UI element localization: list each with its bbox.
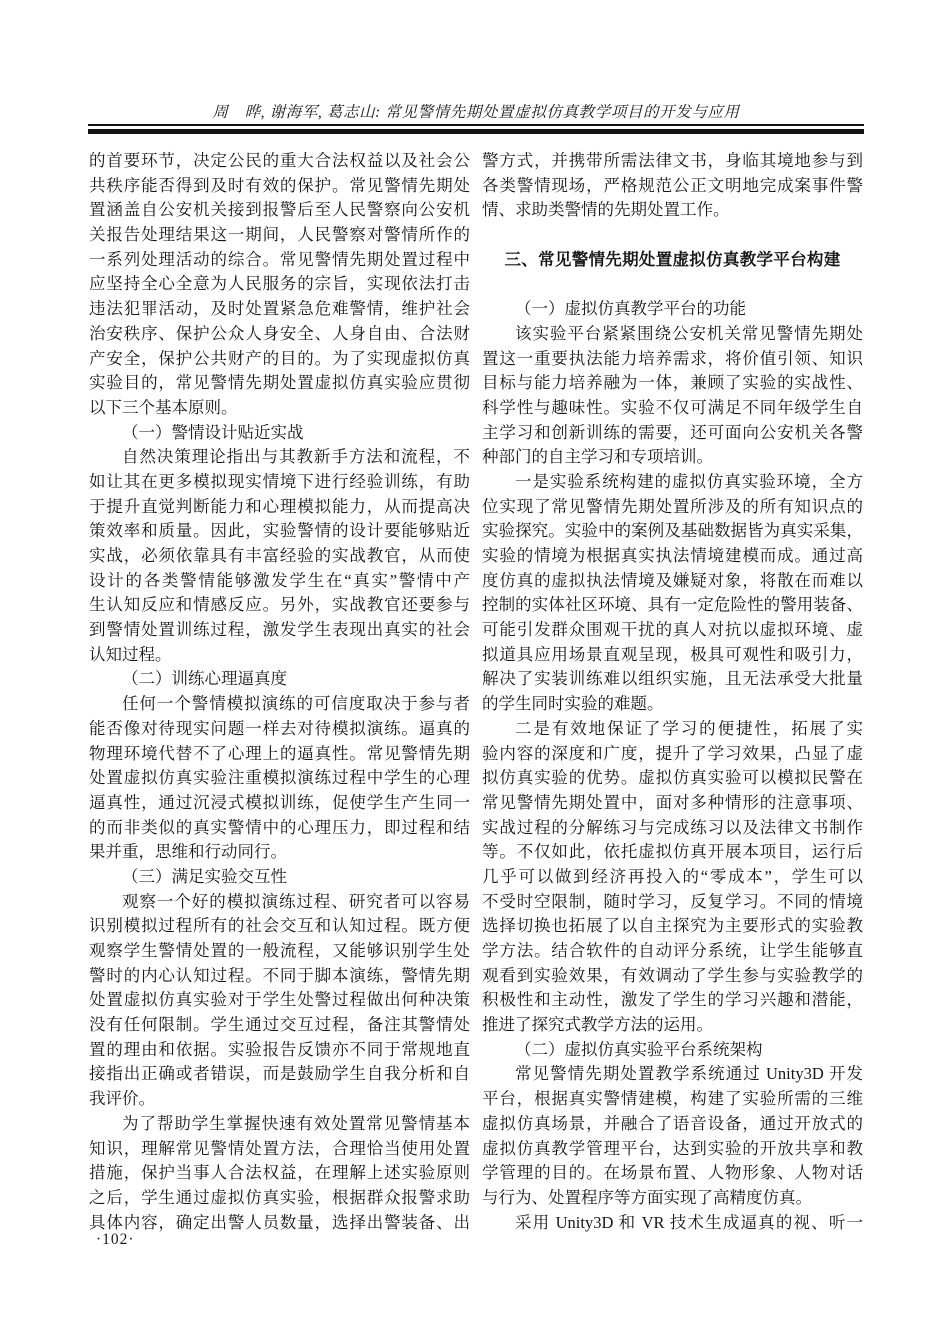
text-line: 为了帮助学生掌握快速有效处置常见警情基本: [89, 1112, 470, 1137]
text-line: 学方法。结合软件的自动评分系统，让学生能够直: [482, 939, 863, 964]
text-line: 推进了探究式教学方法的运用。: [482, 1013, 863, 1038]
text-line: 度仿真的虚拟执法情境及嫌疑对象，将散在而难以: [482, 569, 863, 594]
text-line: 共秩序能否得到及时有效的保护。常见警情先期处: [89, 174, 470, 199]
text-line: 产安全，保护公共财产的目的。为了实现虚拟仿真: [89, 347, 470, 372]
text-line: 情、求助类警情的先期处置工作。: [482, 198, 863, 223]
text-line: 二是有效地保证了学习的便捷性，拓展了实: [482, 717, 863, 742]
text-line: 实战过程的分解练习与完成练习以及法律文书制作: [482, 816, 863, 841]
text-line: 策效率和质量。因此，实验警情的设计要能够贴近: [89, 519, 470, 544]
text-line: 各类警情现场，严格规范公正文明地完成案事件警: [482, 174, 863, 199]
text-line: 平台，根据真实警情建模，构建了实验所需的三维: [482, 1087, 863, 1112]
subsection-heading: （一）警情设计贴近实战: [89, 421, 470, 446]
text-line: 常见警情先期处置中，面对多种情形的注意事项、: [482, 791, 863, 816]
text-line: 等。不仅如此，依托虚拟仿真开展本项目，运行后: [482, 840, 863, 865]
text-line: 拟仿真实验的优势。虚拟仿真实验可以模拟民警在: [482, 766, 863, 791]
text-line: 处置虚拟仿真实验对于学生处警过程做出何种决策: [89, 988, 470, 1013]
blank-line: [482, 223, 863, 248]
text-line: 设计的各类警情能够激发学生在“真实”警情中产: [89, 569, 470, 594]
text-line: 实验目的，常见警情先期处置虚拟仿真实验应贯彻: [89, 371, 470, 396]
text-line: 的而非类似的真实警情中的心理压力，即过程和结: [89, 816, 470, 841]
text-line: 实验的情境为根据真实执法情境建模而成。通过高: [482, 544, 863, 569]
text-line: 果并重，思维和行动同行。: [89, 840, 470, 865]
text-line: 应坚持全心全意为人民服务的宗旨，实现依法打击: [89, 272, 470, 297]
page-body: 的首要环节，决定公民的重大合法权益以及社会公共秩序能否得到及时有效的保护。常见警…: [89, 149, 863, 1235]
text-line: 没有任何限制。学生通过交互过程，备注其警情处: [89, 1013, 470, 1038]
text-line: 验内容的深度和广度，提升了学习效果，凸显了虚: [482, 742, 863, 767]
subsection-heading: （三）满足实验交互性: [89, 865, 470, 890]
text-line: 可能引发群众围观干扰的真人对抗以虚拟环境、虚: [482, 618, 863, 643]
text-line: 措施，保护当事人合法权益，在理解上述实验原则: [89, 1161, 470, 1186]
text-line: 到警情处置训练过程，激发学生表现出真实的社会: [89, 618, 470, 643]
text-line: 观察学生警情处置的一般流程，又能够识别学生处: [89, 939, 470, 964]
text-line: 关报告处理结果这一期间，人民警察对警情所作的: [89, 223, 470, 248]
text-line: 积极性和主动性，激发了学生的学习兴趣和潜能，: [482, 988, 863, 1013]
text-line: 选择切换也拓展了以自主探究为主要形式的实验教: [482, 914, 863, 939]
blank-line: [482, 272, 863, 297]
text-line: 解决了实装训练难以组织实施，且无法承受大批量: [482, 667, 863, 692]
text-line: 之后，学生通过虚拟仿真实验，根据群众报警求助: [89, 1186, 470, 1211]
text-line: 能否像对待现实问题一样去对待模拟演练。逼真的: [89, 717, 470, 742]
text-line: 处置虚拟仿真实验注重模拟演练过程中学生的心理: [89, 766, 470, 791]
text-line: 具体内容，确定出警人员数量，选择出警装备、出: [89, 1211, 470, 1236]
text-line: 主学习和创新训练的需要，还可面向公安机关各警: [482, 421, 863, 446]
text-line: 该实验平台紧紧围绕公安机关常见警情先期处: [482, 322, 863, 347]
text-line: 一系列处理活动的综合。常见警情先期处置过程中: [89, 248, 470, 273]
text-line: 拟道具应用场景直观呈现，极具可观性和吸引力，: [482, 643, 863, 668]
subsection-heading: （二）训练心理逼真度: [89, 667, 470, 692]
text-line: 虚拟仿真教学管理平台，达到实验的开放共享和教: [482, 1137, 863, 1162]
text-line: 的首要环节，决定公民的重大合法权益以及社会公: [89, 149, 470, 174]
text-line: 科学性与趣味性。实验不仅可满足不同年级学生自: [482, 396, 863, 421]
text-line: 自然决策理论指出与其教新手方法和流程，不: [89, 445, 470, 470]
text-line: 虚拟仿真场景，并融合了语音设备，通过开放式的: [482, 1112, 863, 1137]
text-line: 与行为、处置程序等方面实现了高精度仿真。: [482, 1186, 863, 1211]
text-line: 逼真性，通过沉浸式模拟训练，促使学生产生同一: [89, 791, 470, 816]
section-heading: 三、常见警情先期处置虚拟仿真教学平台构建: [482, 248, 863, 273]
text-line: 实验探究。实验中的案例及基础数据皆为真实采集，: [482, 519, 863, 544]
journal-page: 周 晔, 谢海军, 葛志山: 常见警情先期处置虚拟仿真教学项目的开发与应用 的首…: [0, 0, 950, 1333]
text-line: 几乎可以做到经济再投入的“零成本”，学生可以: [482, 865, 863, 890]
text-line: 警时的内心认知过程。不同于脚本演练，警情先期: [89, 964, 470, 989]
text-line: 学管理的目的。在场景布置、人物形象、人物对话: [482, 1161, 863, 1186]
text-line: 治安秩序、保护公众人身安全、人身自由、合法财: [89, 322, 470, 347]
text-line: 一是实验系统构建的虚拟仿真实验环境，全方: [482, 470, 863, 495]
text-line: 置涵盖自公安机关接到报警后至人民警察向公安机: [89, 198, 470, 223]
left-column: 的首要环节，决定公民的重大合法权益以及社会公共秩序能否得到及时有效的保护。常见警…: [89, 149, 470, 1235]
text-line: 的学生同时实验的难题。: [482, 692, 863, 717]
text-line: 生认知反应和情感反应。另外，实战教官还要参与: [89, 593, 470, 618]
text-line: 于提升直觉判断能力和心理模拟能力，从而提高决: [89, 495, 470, 520]
text-line: 知识，理解常见警情处置方法，合理恰当使用处置: [89, 1137, 470, 1162]
text-line: 识别模拟过程所有的社会交互和认知过程。既方便: [89, 914, 470, 939]
text-line: 物理环境代替不了心理上的逼真性。常见警情先期: [89, 742, 470, 767]
text-line: 目标与能力培养融为一体，兼顾了实验的实战性、: [482, 371, 863, 396]
text-line: 置这一重要执法能力培养需求，将价值引领、知识: [482, 347, 863, 372]
text-line: 我评价。: [89, 1087, 470, 1112]
text-line: 如让其在更多模拟现实情境下进行经验训练，有助: [89, 470, 470, 495]
text-line: 违法犯罪活动，及时处置紧急危难警情，维护社会: [89, 297, 470, 322]
text-line: 置的理由和依据。实验报告反馈亦不同于常规地直: [89, 1038, 470, 1063]
running-title: 周 晔, 谢海军, 葛志山: 常见警情先期处置虚拟仿真教学项目的开发与应用: [88, 100, 864, 122]
text-line: 任何一个警情模拟演练的可信度取决于参与者: [89, 692, 470, 717]
header-rule-thin: [88, 124, 864, 126]
text-line: 位实现了常见警情先期处置所涉及的所有知识点的: [482, 495, 863, 520]
text-line: 不受时空限制，随时学习，反复学习。不同的情境: [482, 890, 863, 915]
text-line: 常见警情先期处置教学系统通过 Unity3D 开发: [482, 1062, 863, 1087]
text-line: 以下三个基本原则。: [89, 396, 470, 421]
text-line: 实战，必须依靠具有丰富经验的实战教官，从而使: [89, 544, 470, 569]
text-line: 接指出正确或者错误，而是鼓励学生自我分析和自: [89, 1062, 470, 1087]
subsection-heading: （二）虚拟仿真实验平台系统架构: [482, 1038, 863, 1063]
right-column: 警方式，并携带所需法律文书，身临其境地参与到各类警情现场，严格规范公正文明地完成…: [482, 149, 863, 1235]
text-line: 采用 Unity3D 和 VR 技术生成逼真的视、听一: [482, 1211, 863, 1236]
text-line: 观察一个好的模拟演练过程、研究者可以容易: [89, 890, 470, 915]
text-line: 认知过程。: [89, 643, 470, 668]
page-number: ·102·: [96, 1231, 135, 1249]
header-rule-thick: [88, 129, 864, 134]
text-line: 警方式，并携带所需法律文书，身临其境地参与到: [482, 149, 863, 174]
text-line: 控制的实体社区环境、具有一定危险性的警用装备、: [482, 593, 863, 618]
subsection-heading: （一）虚拟仿真教学平台的功能: [482, 297, 863, 322]
text-line: 观看到实验效果，有效调动了学生参与实验教学的: [482, 964, 863, 989]
text-line: 种部门的自主学习和专项培训。: [482, 445, 863, 470]
